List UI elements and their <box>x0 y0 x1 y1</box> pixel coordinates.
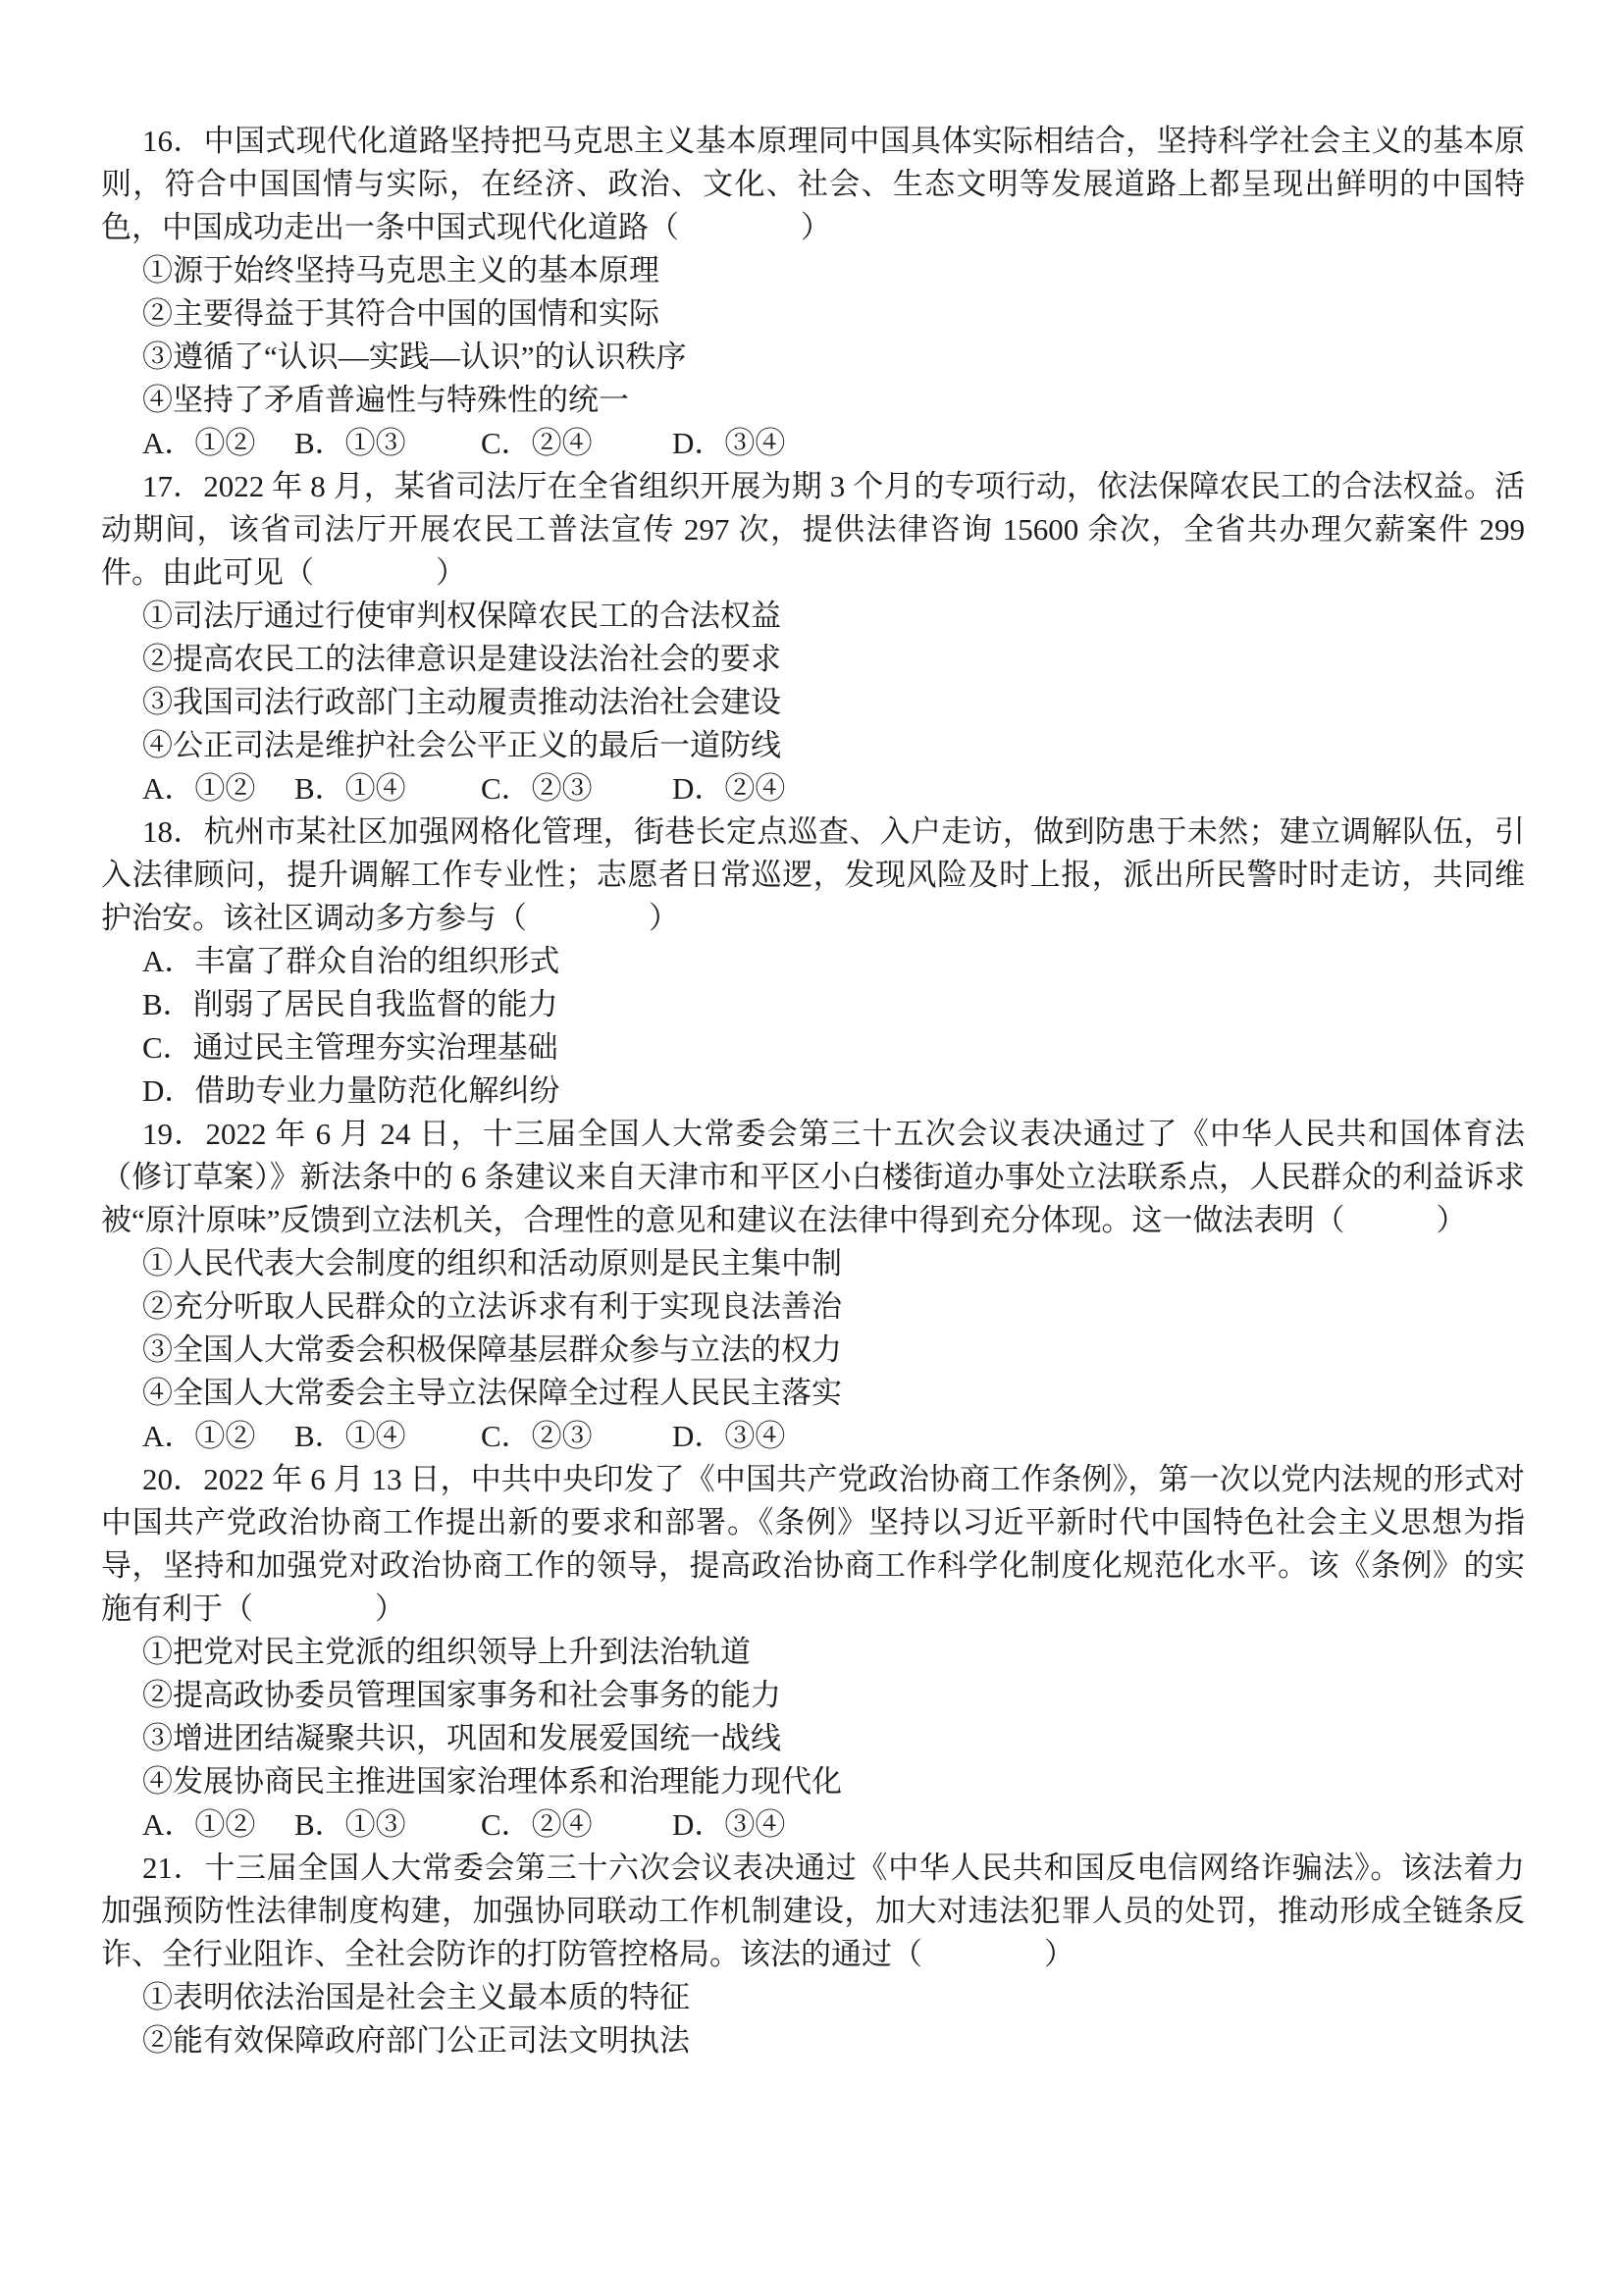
choice-c: C．②④ <box>481 422 672 465</box>
choice-row: A．①②B．①③C．②④D．③④ <box>142 1803 1525 1847</box>
question-item-4: ④全国人大常委会主导立法保障全过程人民民主落实 <box>142 1372 1525 1415</box>
question-item-2: ②提高农民工的法律意识是建设法治社会的要求 <box>142 638 1525 681</box>
choice-a: A．①② <box>142 767 294 810</box>
question-stem: 17．2022 年 8 月，某省司法厅在全省组织开展为期 3 个月的专项行动，依… <box>101 465 1525 595</box>
choice-b: B．①④ <box>294 767 481 810</box>
question-item-1: ①源于始终坚持马克思主义的基本原理 <box>142 249 1525 292</box>
question-item-3: ③遵循了“认识—实践—认识”的认识秩序 <box>142 336 1525 379</box>
question-18: 18．杭州市某社区加强网格化管理，街巷长定点巡查、入户走访，做到防患于未然；建立… <box>101 810 1525 1113</box>
question-21: 21．十三届全国人大常委会第三十六次会议表决通过《中华人民共和国反电信网络诈骗法… <box>101 1847 1525 2062</box>
question-stem: 20．2022 年 6 月 13 日，中共中央印发了《中国共产党政治协商工作条例… <box>101 1458 1525 1631</box>
choice-row: A．①②B．①③C．②④D．③④ <box>142 422 1525 465</box>
choice-d: D．②④ <box>672 767 785 810</box>
choice-d: D．③④ <box>672 1415 785 1458</box>
question-item-1: ①表明依法治国是社会主义最本质的特征 <box>142 1976 1525 2019</box>
question-item-2: ②提高政协委员管理国家事务和社会事务的能力 <box>142 1674 1525 1717</box>
question-item-4: ④公正司法是维护社会公平正义的最后一道防线 <box>142 724 1525 767</box>
exam-page: 16．中国式现代化道路坚持把马克思主义基本原理同中国具体实际相结合，坚持科学社会… <box>0 0 1623 2296</box>
question-item-1: ①把党对民主党派的组织领导上升到法治轨道 <box>142 1631 1525 1674</box>
question-16: 16．中国式现代化道路坚持把马克思主义基本原理同中国具体实际相结合，坚持科学社会… <box>101 120 1525 465</box>
choice-row: A．①②B．①④C．②③D．②④ <box>142 767 1525 810</box>
question-17: 17．2022 年 8 月，某省司法厅在全省组织开展为期 3 个月的专项行动，依… <box>101 465 1525 810</box>
question-item-2: ②充分听取人民群众的立法诉求有利于实现良法善治 <box>142 1285 1525 1329</box>
question-stem: 18．杭州市某社区加强网格化管理，街巷长定点巡查、入户走访，做到防患于未然；建立… <box>101 810 1525 940</box>
choice-d: D．③④ <box>672 1803 785 1847</box>
question-stem: 16．中国式现代化道路坚持把马克思主义基本原理同中国具体实际相结合，坚持科学社会… <box>101 120 1525 249</box>
question-19: 19．2022 年 6 月 24 日，十三届全国人大常委会第三十五次会议表决通过… <box>101 1113 1525 1458</box>
question-item-4: ④发展协商民主推进国家治理体系和治理能力现代化 <box>142 1760 1525 1803</box>
question-item-2: ②能有效保障政府部门公正司法文明执法 <box>142 2019 1525 2062</box>
choice-b: B．①③ <box>294 422 481 465</box>
choice-row: A．①②B．①④C．②③D．③④ <box>142 1415 1525 1458</box>
question-item-2: ②主要得益于其符合中国的国情和实际 <box>142 292 1525 336</box>
question-20: 20．2022 年 6 月 13 日，中共中央印发了《中国共产党政治协商工作条例… <box>101 1458 1525 1847</box>
choice-c: C．②③ <box>481 1415 672 1458</box>
question-item-1: ①司法厅通过行使审判权保障农民工的合法权益 <box>142 595 1525 638</box>
choice-d: D．③④ <box>672 422 785 465</box>
question-item-3: ③我国司法行政部门主动履责推动法治社会建设 <box>142 681 1525 724</box>
choice-a: A．①② <box>142 1415 294 1458</box>
choice-d: D．借助专业力量防范化解纠纷 <box>142 1070 1525 1113</box>
exam-body: 16．中国式现代化道路坚持把马克思主义基本原理同中国具体实际相结合，坚持科学社会… <box>101 120 1525 2062</box>
choice-a: A．丰富了群众自治的组织形式 <box>142 940 1525 983</box>
choice-b: B．削弱了居民自我监督的能力 <box>142 983 1525 1026</box>
choice-b: B．①④ <box>294 1415 481 1458</box>
choice-c: C．②④ <box>481 1803 672 1847</box>
question-item-3: ③全国人大常委会积极保障基层群众参与立法的权力 <box>142 1329 1525 1372</box>
choice-a: A．①② <box>142 1803 294 1847</box>
choice-c: C．通过民主管理夯实治理基础 <box>142 1026 1525 1070</box>
choice-b: B．①③ <box>294 1803 481 1847</box>
choice-c: C．②③ <box>481 767 672 810</box>
choice-a: A．①② <box>142 422 294 465</box>
question-stem: 19．2022 年 6 月 24 日，十三届全国人大常委会第三十五次会议表决通过… <box>101 1113 1525 1242</box>
question-item-3: ③增进团结凝聚共识，巩固和发展爱国统一战线 <box>142 1717 1525 1760</box>
question-item-1: ①人民代表大会制度的组织和活动原则是民主集中制 <box>142 1242 1525 1285</box>
question-stem: 21．十三届全国人大常委会第三十六次会议表决通过《中华人民共和国反电信网络诈骗法… <box>101 1847 1525 1976</box>
question-item-4: ④坚持了矛盾普遍性与特殊性的统一 <box>142 379 1525 422</box>
